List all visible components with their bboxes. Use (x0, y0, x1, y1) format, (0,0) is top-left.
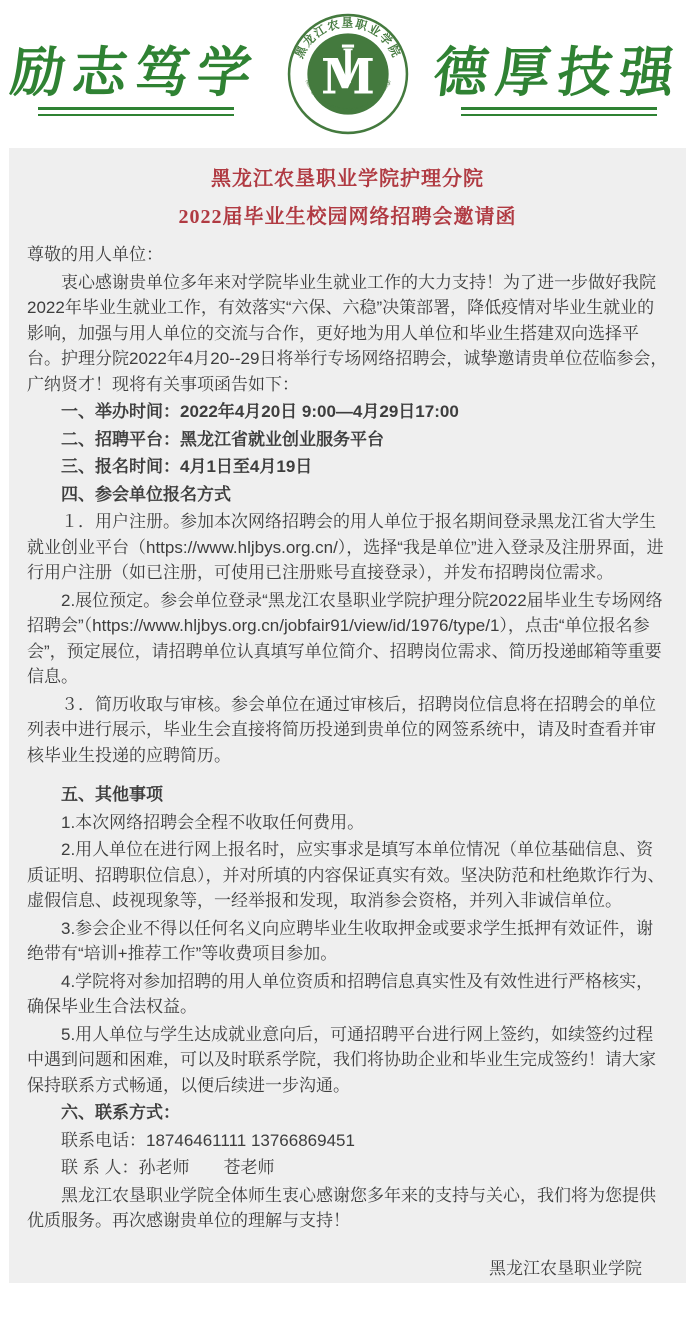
invitation-letter-card: 黑龙江农垦职业学院护理分院 2022届毕业生校园网络招聘会邀请函 尊敬的用人单位… (9, 148, 686, 1283)
letter-paragraph: 5.用人单位与学生达成就业意向后，可通招聘平台进行网上签约，如续签约过程中遇到问… (27, 1022, 668, 1099)
letter-paragraph: 六、联系方式： (27, 1100, 668, 1126)
letter-body: 尊敬的用人单位：衷心感谢贵单位多年来对学院毕业生就业工作的大力支持！为了进一步做… (27, 242, 668, 1234)
letter-paragraph: 1.本次网络招聘会全程不收取任何费用。 (27, 810, 668, 836)
letter-paragraph: 3.参会企业不得以任何名义向应聘毕业生收取押金或要求学生抵押有效证件，谢绝带有“… (27, 916, 668, 967)
motto-right-underline (461, 107, 657, 116)
letter-paragraph: 二、招聘平台：黑龙江省就业创业服务平台 (27, 427, 668, 453)
college-logo: 黑龙江农垦职业学院 Heilongjiang Agricultural Recl… (286, 12, 410, 136)
signature-block: 黑龙江农垦职业学院 2022年3月31日 (27, 1256, 668, 1284)
motto-left-underline (38, 107, 234, 116)
motto-right-text: 德厚技强 (431, 32, 687, 100)
letter-paragraph: 2.用人单位在进行网上报名时，应实事求是填写本单位情况（单位基础信息、资质证明、… (27, 837, 668, 914)
letter-paragraph: 黑龙江农垦职业学院全体师生衷心感谢您多年来的支持与关心，我们将为您提供优质服务。… (27, 1183, 668, 1234)
letter-paragraph: 一、举办时间：2022年4月20日 9:00—4月29日17:00 (27, 399, 668, 425)
letter-paragraph: 衷心感谢贵单位多年来对学院毕业生就业工作的大力支持！为了进一步做好我院2022年… (27, 270, 668, 398)
motto-left: 励志笃学 (12, 32, 260, 116)
letter-paragraph: 4.学院将对参加招聘的用人单位资质和招聘信息真实性及有效性进行严格核实，确保毕业… (27, 969, 668, 1020)
letter-paragraph: ３．简历收取与审核。参会单位在通过审核后，招聘岗位信息将在招聘会的单位列表中进行… (27, 692, 668, 769)
letter-paragraph: 联系电话：18746461111 13766869451 (27, 1128, 668, 1154)
signature-date: 2022年3月31日 (27, 1282, 642, 1283)
letter-paragraph: 尊敬的用人单位： (27, 242, 668, 268)
letter-title-line2: 2022届毕业生校园网络招聘会邀请函 (27, 202, 668, 232)
letter-paragraph: 联 系 人：孙老师 苍老师 (27, 1155, 668, 1181)
college-logo-svg: 黑龙江农垦职业学院 Heilongjiang Agricultural Recl… (286, 12, 410, 136)
letter-paragraph: 三、报名时间：4月1日至4月19日 (27, 454, 668, 480)
letter-title-line1: 黑龙江农垦职业学院护理分院 (27, 164, 668, 194)
letter-paragraph: １．用户注册。参加本次网络招聘会的用人单位于报名期间登录黑龙江省大学生就业创业平… (27, 509, 668, 586)
letter-paragraph: 五、其他事项 (27, 782, 668, 808)
page-header: 励志笃学 黑龙江农垦职业学院 Heilongjiang Agricultural… (0, 0, 695, 148)
letter-paragraph: 四、参会单位报名方式 (27, 482, 668, 508)
motto-right: 德厚技强 (435, 32, 683, 116)
motto-left-text: 励志笃学 (8, 32, 264, 100)
letter-paragraph: 2.展位预定。参会单位登录“黑龙江农垦职业学院护理分院2022届毕业生专场网络招… (27, 588, 668, 690)
signature-org: 黑龙江农垦职业学院 (27, 1256, 642, 1282)
